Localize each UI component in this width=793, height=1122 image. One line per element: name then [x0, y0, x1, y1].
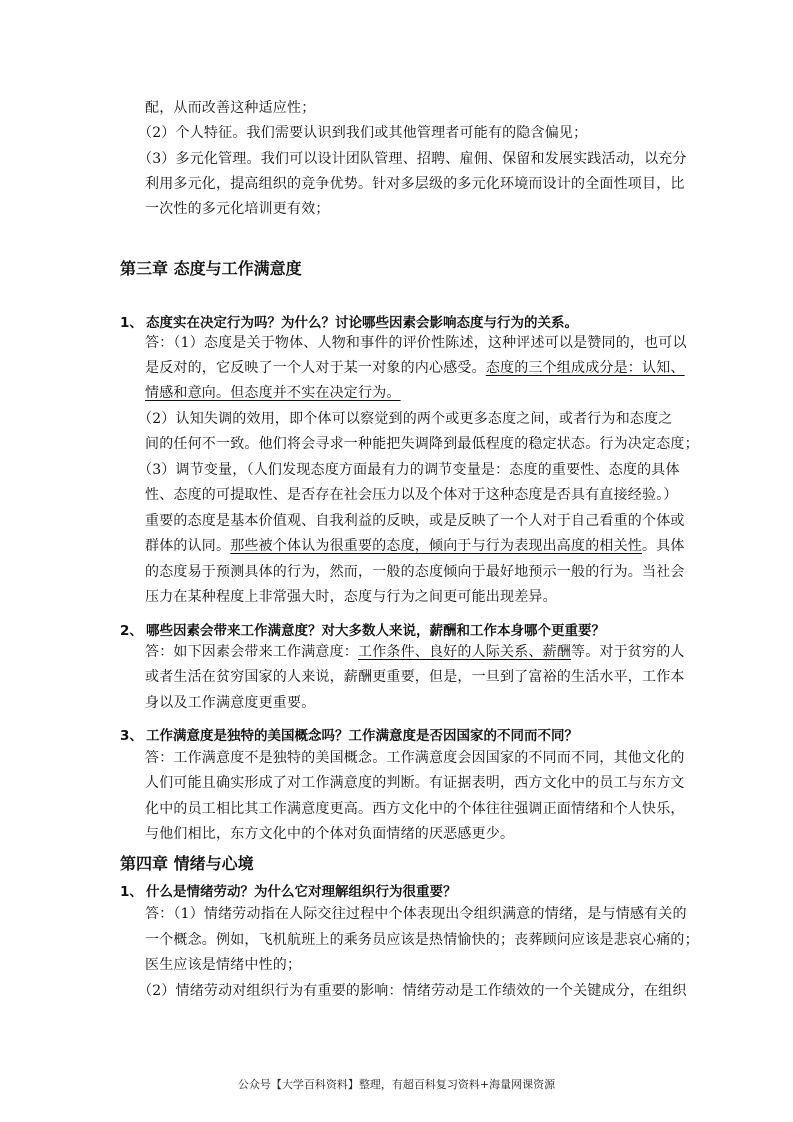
paragraph-line: 配，从而改善这种适应性； — [145, 99, 315, 117]
answer-line: 医生应该是情绪中性的； — [145, 956, 301, 974]
answer-line: 情感和意向。但态度并不实在决定行为。 — [145, 384, 401, 402]
answer-line: 一个概念。例如，飞机航班上的乘务员应该是热情愉快的；丧葬顾问应该是悲哀心痛的； — [145, 931, 699, 949]
answer-line: 是反对的，它反映了一个人对于某一对象的内心感受。态度的三个组成成分是：认知、 — [145, 359, 685, 377]
question-number: 1、 — [120, 311, 146, 331]
answer-line: 答：（1）情绪劳动指在人际交往过程中个体表现出令组织满意的情绪，是与情感有关的 — [145, 905, 687, 923]
answer-line: 的态度易于预测具体的行为，然而，一般的态度倾向于最好地预示一般的行为。当社会 — [145, 563, 685, 581]
answer-line: 化中的员工相比其工作满意度更高。西方文化中的个体往往强调正面情绪和个人快乐， — [145, 800, 685, 818]
page-footer: 公众号【大学百科资料】整理，有超百科复习资料+海量网课资源 — [0, 1076, 793, 1092]
underlined-key-point: 情感和意向。但态度并不实在决定行为。 — [145, 385, 401, 401]
answer-text: 等。对于贫穷的人 — [571, 644, 685, 660]
chapter-title: 第三章 态度与工作满意度 — [120, 256, 302, 279]
document-page: 配，从而改善这种适应性； （2）个人特征。我们需要认识到我们或其他管理者可能有的… — [0, 0, 793, 1122]
answer-line: 群体的认同。那些被个体认为很重要的态度，倾向于与行为表现出高度的相关性。具体 — [145, 537, 685, 555]
answer-line: （3）调节变量，（人们发现态度方面最有力的调节变量是：态度的重要性、态度的具体 — [138, 461, 680, 479]
answer-line: 或者生活在贫穷国家的人来说，薪酬更重要，但是，一旦到了富裕的生活水平，工作本 — [145, 668, 685, 686]
question-heading: 1、态度实在决定行为吗？为什么？讨论哪些因素会影响态度与行为的关系。 — [120, 311, 578, 331]
answer-line: 身以及工作满意度更重要。 — [145, 694, 315, 712]
paragraph-line: （2）个人特征。我们需要认识到我们或其他管理者可能有的隐含偏见； — [138, 124, 587, 142]
question-text: 态度实在决定行为吗？为什么？讨论哪些因素会影响态度与行为的关系。 — [146, 315, 578, 331]
answer-text: 是反对的，它反映了一个人对于某一对象的内心感受。 — [145, 360, 486, 376]
answer-line: 重要的态度是基本价值观、自我利益的反映，或是反映了一个人对于自己看重的个体或 — [145, 512, 685, 530]
question-text: 哪些因素会带来工作满意度？对大多数人来说，薪酬和工作本身哪个更重要？ — [146, 623, 605, 639]
paragraph-line: 利用多元化，提高组织的竞争优势。针对多层级的多元化环境而设计的全面性项目，比 — [145, 175, 685, 193]
paragraph-line: 一次性的多元化培训更有效； — [145, 200, 330, 218]
question-heading: 2、哪些因素会带来工作满意度？对大多数人来说，薪酬和工作本身哪个更重要？ — [120, 619, 605, 639]
answer-line: 与他们相比，东方文化中的个体对负面情绪的厌恶感更少。 — [145, 825, 514, 843]
answer-line: （2）认知失调的效用，即个体可以察觉到的两个或更多态度之间，或者行为和态度之 — [138, 410, 673, 428]
answer-line: 人们可能且确实形成了对工作满意度的判断。有证据表明，西方文化中的员工与东方文 — [145, 774, 685, 792]
question-number: 1、 — [120, 880, 146, 900]
question-heading: 1、什么是情绪劳动？为什么它对理解组织行为很重要？ — [120, 880, 457, 900]
answer-text: 。具体 — [642, 538, 685, 554]
question-number: 3、 — [120, 724, 146, 744]
question-text: 什么是情绪劳动？为什么它对理解组织行为很重要？ — [146, 884, 457, 900]
question-heading: 3、工作满意度是独特的美国概念吗？工作满意度是否因国家的不同而不同？ — [120, 724, 578, 744]
paragraph-line: （3）多元化管理。我们可以设计团队管理、招聘、雇佣、保留和发展实践活动，以充分 — [138, 150, 687, 168]
answer-line: 答：工作满意度不是独特的美国概念。工作满意度会因国家的不同而不同，其他文化的 — [145, 749, 685, 767]
answer-text: 答：如下因素会带来工作满意度： — [145, 644, 358, 660]
chapter-title: 第四章 情绪与心境 — [120, 851, 254, 874]
answer-line: 性、态度的可提取性、是否存在社会压力以及个体对于这种态度是否具有直接经验。） — [145, 486, 678, 504]
answer-line: （2）情绪劳动对组织行为有重要的影响：情绪劳动是工作绩效的一个关键成分，在组织 — [138, 982, 687, 1000]
answer-line: 间的任何不一致。他们将会寻求一种能把失调降到最低程度的稳定状态。行为决定态度； — [145, 435, 699, 453]
answer-line: 答：如下因素会带来工作满意度：工作条件、良好的人际关系、薪酬等。对于贫穷的人 — [145, 643, 685, 661]
answer-line: 压力在某种程度上非常强大时，态度与行为之间更可能出现差异。 — [145, 588, 557, 606]
answer-line: 答：（1）态度是关于物体、人物和事件的评价性陈述，这种评述可以是赞同的，也可以 — [145, 334, 687, 352]
answer-text: 群体的认同。 — [145, 538, 230, 554]
underlined-key-point: 态度的三个组成成分是：认知、 — [486, 360, 685, 376]
underlined-key-point: 那些被个体认为很重要的态度，倾向于与行为表现出高度的相关性 — [230, 538, 642, 554]
question-number: 2、 — [120, 619, 146, 639]
underlined-key-point: 工作条件、良好的人际关系、薪酬 — [358, 644, 571, 660]
question-text: 工作满意度是独特的美国概念吗？工作满意度是否因国家的不同而不同？ — [146, 728, 578, 744]
